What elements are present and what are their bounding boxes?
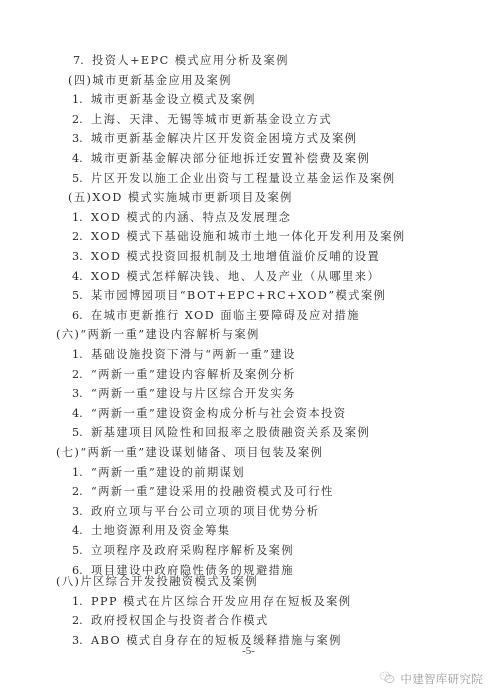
item-text: 政府授权国企与投资者合作模式	[91, 614, 269, 627]
item-text: XOD 模式投资回报机制及土地增值溢价反哺的设置	[91, 250, 380, 263]
list-item: 5.片区开发以施工企业出资与工程量设立基金运作及案例	[72, 169, 396, 188]
section-text: “两新一重”建设谋划储备、项目包装及案例	[80, 446, 323, 459]
item-number: 5.	[72, 286, 91, 305]
list-item: 4.土地资源利用及资金筹集	[72, 521, 231, 540]
list-item: 2.XOD 模式下基础设施和城市土地一体化开发利用及案例	[72, 227, 406, 246]
item-number: 2.	[72, 227, 91, 246]
list-item: 4.XOD 模式怎样解决钱、地、人及产业（从哪里来）	[72, 267, 380, 286]
list-item: 1.PPP 模式在片区综合开发应用存在短板及案例	[72, 592, 352, 611]
item-text: “两新一重”建设的前期谋划	[91, 466, 245, 479]
list-item: 3.XOD 模式投资回报机制及土地增值溢价反哺的设置	[72, 247, 380, 266]
item-text: 土地资源利用及资金筹集	[91, 524, 231, 537]
watermark-text: 中建智库研究院	[400, 671, 483, 687]
item-text: 新基建项目风险性和回报率之股债融资关系及案例	[91, 426, 370, 439]
list-item: 5.某市园博园项目“BOT+EPC+RC+XOD”模式案例	[72, 286, 386, 305]
item-number: 5.	[72, 423, 91, 442]
item-number: 1.	[72, 592, 91, 611]
item-number: 1.	[72, 208, 91, 227]
list-item: 1.城市更新基金设立模式及案例	[72, 90, 256, 109]
section-number: (七)	[56, 446, 80, 459]
item-number: 3.	[72, 247, 91, 266]
list-item: 1.“两新一重”建设的前期谋划	[72, 463, 245, 482]
item-number: 4.	[72, 267, 91, 286]
list-item: 2.上海、天津、无锡等城市更新基金设立方式	[72, 110, 332, 129]
item-text: 基础设施投资下滑与“两新一重”建设	[91, 348, 296, 361]
list-item: 1.XOD 模式的内涵、特点及发展理念	[72, 208, 291, 227]
list-item: 2.政府授权国企与投资者合作模式	[72, 611, 269, 630]
wechat-icon	[379, 671, 395, 687]
list-item: 2.“两新一重”建设采用的投融资模式及可行性	[72, 482, 334, 501]
item-text: 城市更新基金设立模式及案例	[91, 93, 256, 106]
item-number: 2.	[72, 365, 91, 384]
section-text: XOD 模式实施城市更新项目及案例	[92, 191, 292, 204]
page-number: -5-	[0, 645, 497, 657]
item-text: 片区开发以施工企业出资与工程量设立基金运作及案例	[91, 172, 396, 185]
list-item: 3.城市更新基金解决片区开发资金困境方式及案例	[72, 129, 357, 148]
section-heading: (六)“两新一重”建设内容解析与案例	[56, 325, 260, 344]
section-text: 片区综合开发投融资模式及案例	[80, 575, 258, 588]
section-heading: (四)城市更新基金应用及案例	[68, 71, 232, 90]
item-text: XOD 模式怎样解决钱、地、人及产业（从哪里来）	[91, 270, 380, 283]
list-item: 5.立项程序及政府采购程序解析及案例	[72, 541, 294, 560]
item-number: 5.	[72, 169, 91, 188]
list-item: 4.“两新一重”建设资金构成分析与社会资本投资	[72, 404, 347, 423]
item-text: XOD 模式的内涵、特点及发展理念	[91, 211, 291, 224]
item-text: 城市更新基金解决部分征地拆迁安置补偿费及案例	[91, 152, 370, 165]
section-number: (六)	[56, 328, 80, 341]
item-text: “两新一重”建设资金构成分析与社会资本投资	[91, 407, 347, 420]
item-text: 在城市更新推行 XOD 面临主要障碍及应对措施	[91, 309, 360, 322]
item-text: 上海、天津、无锡等城市更新基金设立方式	[91, 113, 332, 126]
section-number: (八)	[56, 575, 80, 588]
watermark: 中建智库研究院	[379, 671, 483, 687]
item-text: 立项程序及政府采购程序解析及案例	[91, 544, 294, 557]
item-text: XOD 模式下基础设施和城市土地一体化开发利用及案例	[91, 230, 406, 243]
item-text: 政府立项与平台公司立项的项目优势分析	[91, 505, 319, 518]
item-number: 4.	[72, 149, 91, 168]
list-item: 1.基础设施投资下滑与“两新一重”建设	[72, 345, 296, 364]
section-text: “两新一重”建设内容解析与案例	[80, 328, 259, 341]
item-number: 4.	[72, 404, 91, 423]
item-text: PPP 模式在片区综合开发应用存在短板及案例	[91, 595, 352, 608]
item-number: 2.	[72, 110, 91, 129]
item-number: 4.	[72, 521, 91, 540]
item-text: “两新一重”建设与片区综合开发实务	[91, 387, 296, 400]
section-heading: (七)“两新一重”建设谋划储备、项目包装及案例	[56, 443, 323, 462]
list-item: 5.新基建项目风险性和回报率之股债融资关系及案例	[72, 423, 370, 442]
item-number: 1.	[72, 463, 91, 482]
section-number: (四)	[68, 74, 92, 87]
section-text: 城市更新基金应用及案例	[92, 74, 232, 87]
list-item: 6.在城市更新推行 XOD 面临主要障碍及应对措施	[72, 306, 360, 325]
item-number: 7.	[73, 51, 92, 70]
item-number: 5.	[72, 541, 91, 560]
item-number: 2.	[72, 482, 91, 501]
list-item: 3.政府立项与平台公司立项的项目优势分析	[72, 502, 319, 521]
item-number: 3.	[72, 129, 91, 148]
section-heading: (五)XOD 模式实施城市更新项目及案例	[68, 188, 293, 207]
list-item: 2.“两新一重”建设内容解析及案例分析	[72, 365, 296, 384]
item-number: 2.	[72, 611, 91, 630]
item-text: 城市更新基金解决片区开发资金困境方式及案例	[91, 132, 357, 145]
list-item: 4.城市更新基金解决部分征地拆迁安置补偿费及案例	[72, 149, 370, 168]
item-text: “两新一重”建设内容解析及案例分析	[91, 368, 296, 381]
item-number: 6.	[72, 306, 91, 325]
section-number: (五)	[68, 191, 92, 204]
item-text: “两新一重”建设采用的投融资模式及可行性	[91, 485, 334, 498]
item-number: 1.	[72, 345, 91, 364]
list-item: 7.投资人+EPC 模式应用分析及案例	[73, 51, 289, 70]
item-text: 某市园博园项目“BOT+EPC+RC+XOD”模式案例	[91, 289, 386, 302]
item-number: 1.	[72, 90, 91, 109]
item-text: 投资人+EPC 模式应用分析及案例	[92, 54, 289, 67]
section-heading: (八)片区综合开发投融资模式及案例	[56, 572, 258, 591]
item-number: 3.	[72, 384, 91, 403]
list-item: 3.“两新一重”建设与片区综合开发实务	[72, 384, 296, 403]
item-number: 3.	[72, 502, 91, 521]
document-page: 7.投资人+EPC 模式应用分析及案例 (四)城市更新基金应用及案例 1.城市更…	[0, 0, 497, 700]
